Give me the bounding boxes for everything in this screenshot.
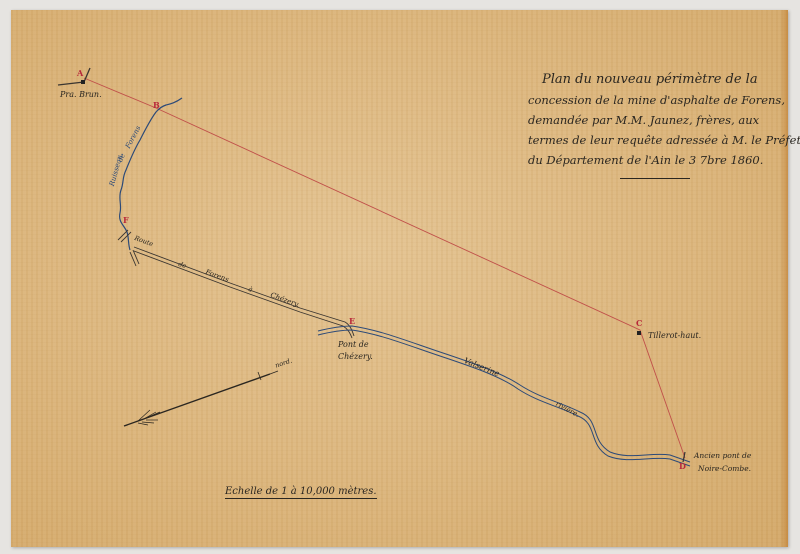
point-label-b: B	[153, 100, 160, 110]
place-tillerot-haut: Tillerot-haut.	[648, 331, 701, 340]
title-line-2: concession de la mine d'asphalte de Fore…	[528, 90, 778, 110]
map-title-block: Plan du nouveau périmètre de la concessi…	[528, 70, 778, 179]
point-label-c: C	[636, 318, 642, 328]
place-ancien-pont-line1: Ancien pont de	[694, 451, 751, 460]
river-valserine	[318, 326, 690, 466]
title-line-4: termes de leur requête adressée à M. le …	[528, 130, 778, 150]
title-line-5: du Département de l'Ain le 3 7bre 1860.	[528, 150, 778, 170]
point-label-e: E	[349, 316, 355, 326]
marker-c-icon	[637, 331, 641, 335]
place-pont-chezery-line1: Pont de	[338, 340, 369, 349]
title-line-1: Plan du nouveau périmètre de la	[528, 70, 778, 90]
road-forens-chezery	[118, 230, 354, 338]
place-pont-chezery-line2: Chézery.	[338, 352, 373, 361]
scale-label: Echelle de 1 à 10,000 mètres.	[225, 486, 377, 499]
title-line-3: demandée par M.M. Jaunez, frères, aux	[528, 110, 778, 130]
point-label-d: D	[679, 461, 686, 471]
title-underline	[620, 178, 690, 179]
place-ancien-pont-line2: Noire-Combe.	[698, 464, 751, 473]
place-pra-brun: Pra. Brun.	[60, 90, 102, 99]
north-arrow-icon	[124, 371, 278, 426]
point-label-a: A	[77, 68, 83, 78]
marker-a-icon	[58, 68, 90, 85]
stream-forens	[120, 98, 182, 250]
point-label-f: F	[123, 215, 129, 225]
